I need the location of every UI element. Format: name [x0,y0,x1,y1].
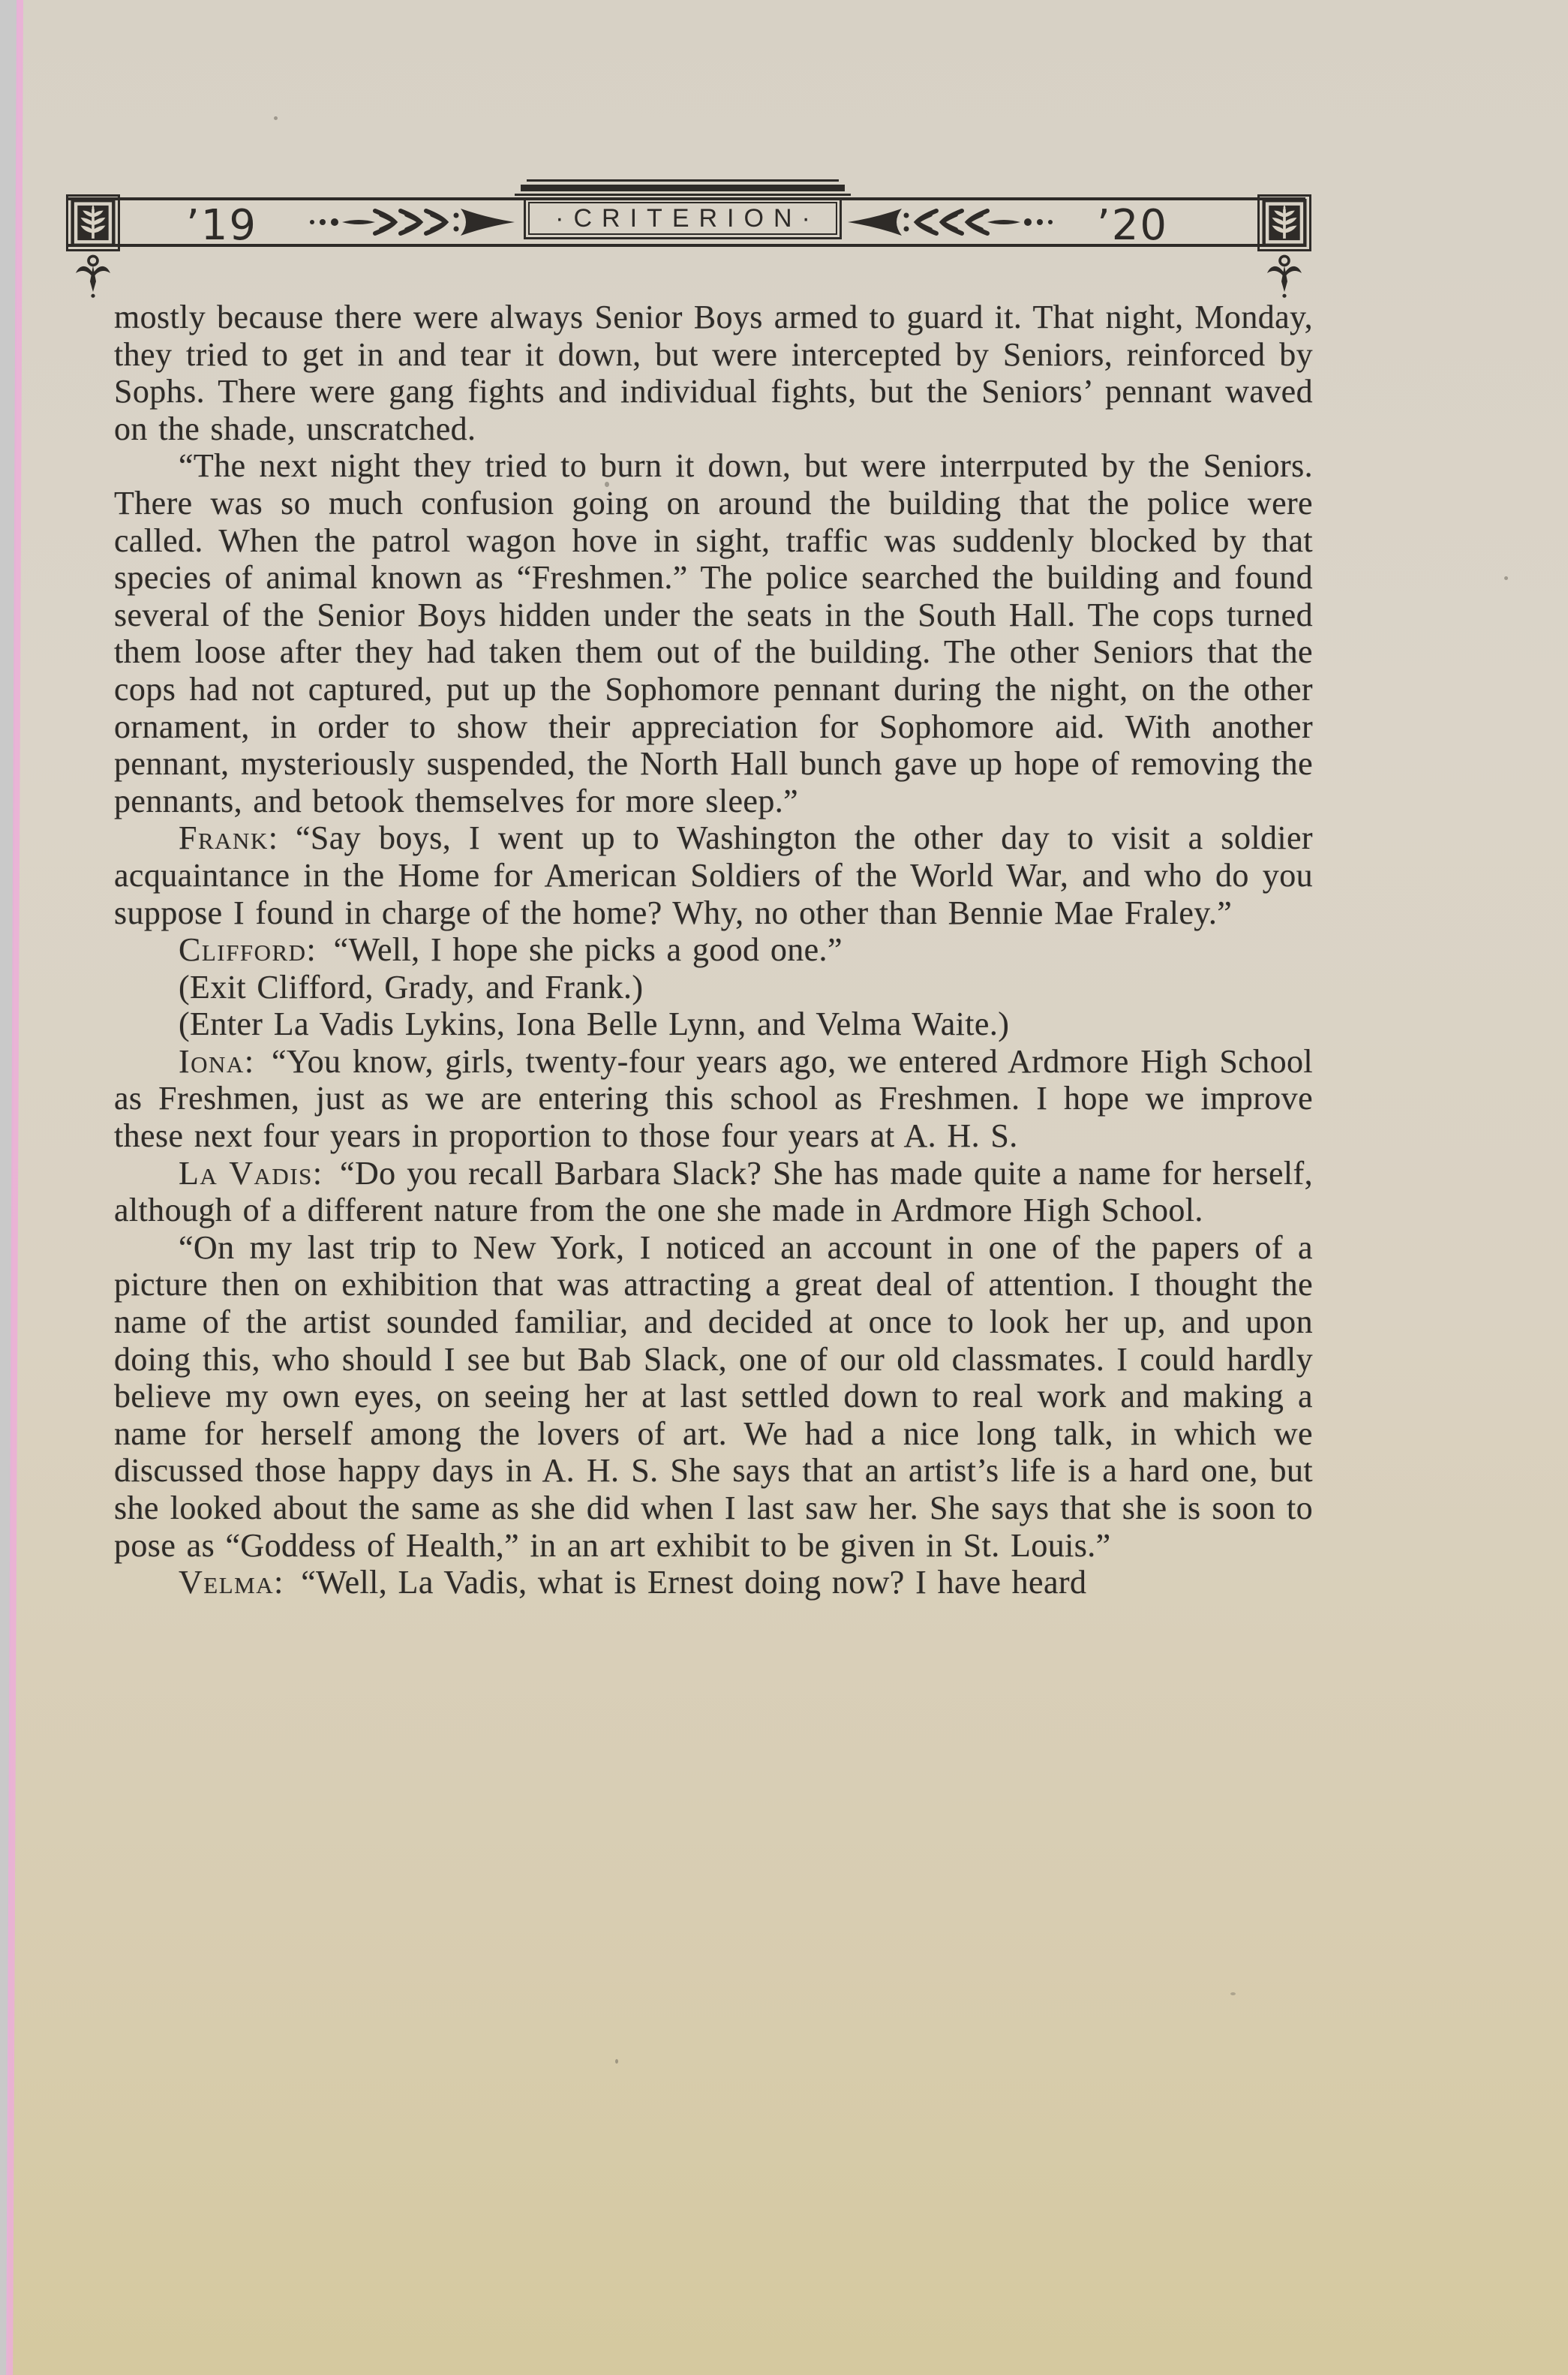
paragraph: (Exit Clifford, Grady, and Frank.) [114,969,1313,1006]
paragraph: mostly because there were always Senior … [114,299,1313,447]
leaf-ornament-icon [66,194,120,251]
arrow-right-ornament-icon [306,206,518,238]
paper-speck [274,116,278,120]
paragraph: “On my last trip to New York, I noticed … [114,1229,1313,1564]
year-left-label: ’19 [186,201,257,250]
paragraph: Iona: “You know, girls, twenty-four year… [114,1043,1313,1155]
title-cornice-line [527,179,839,182]
masthead-title-inner-frame: ·CRITERION· [528,202,837,235]
dart-down-ornament-icon [1266,252,1302,299]
paper-speck [1230,1992,1236,1995]
dart-down-ornament-icon [75,252,111,299]
paper-speck [1504,576,1508,580]
paragraph: Clifford: “Well, I hope she picks a good… [114,931,1313,969]
text-block: mostly because there were always Senior … [114,299,1313,1601]
paragraph: Velma: “Well, La Vadis, what is Ernest d… [114,1564,1313,1601]
title-cornice-bar [521,185,845,191]
paragraph: Frank: “Say boys, I went up to Washingto… [114,819,1313,931]
paragraph: (Enter La Vadis Lykins, Iona Belle Lynn,… [114,1006,1313,1043]
arrow-left-ornament-icon [845,206,1056,238]
leaf-ornament-icon [1257,194,1311,251]
year-right-label: ’20 [1097,201,1168,250]
paragraph: “The next night they tried to burn it do… [114,447,1313,819]
speaker-name: Velma: [179,1564,284,1601]
speaker-name: Frank: [179,819,279,856]
speaker-name: Clifford: [179,931,317,968]
speaker-name: La Vadis: [179,1155,323,1192]
scanned-page: ’19 [0,0,1568,2375]
title-cornice-base [515,194,851,196]
paper-speck [615,2059,618,2064]
page-header-banner: ’19 [0,0,1568,315]
paper-speck [605,482,609,487]
masthead-title: ·CRITERION· [545,204,820,233]
speaker-name: Iona: [179,1043,255,1080]
paragraph: La Vadis: “Do you recall Barbara Slack? … [114,1155,1313,1229]
masthead-title-box: ·CRITERION· [524,197,842,239]
